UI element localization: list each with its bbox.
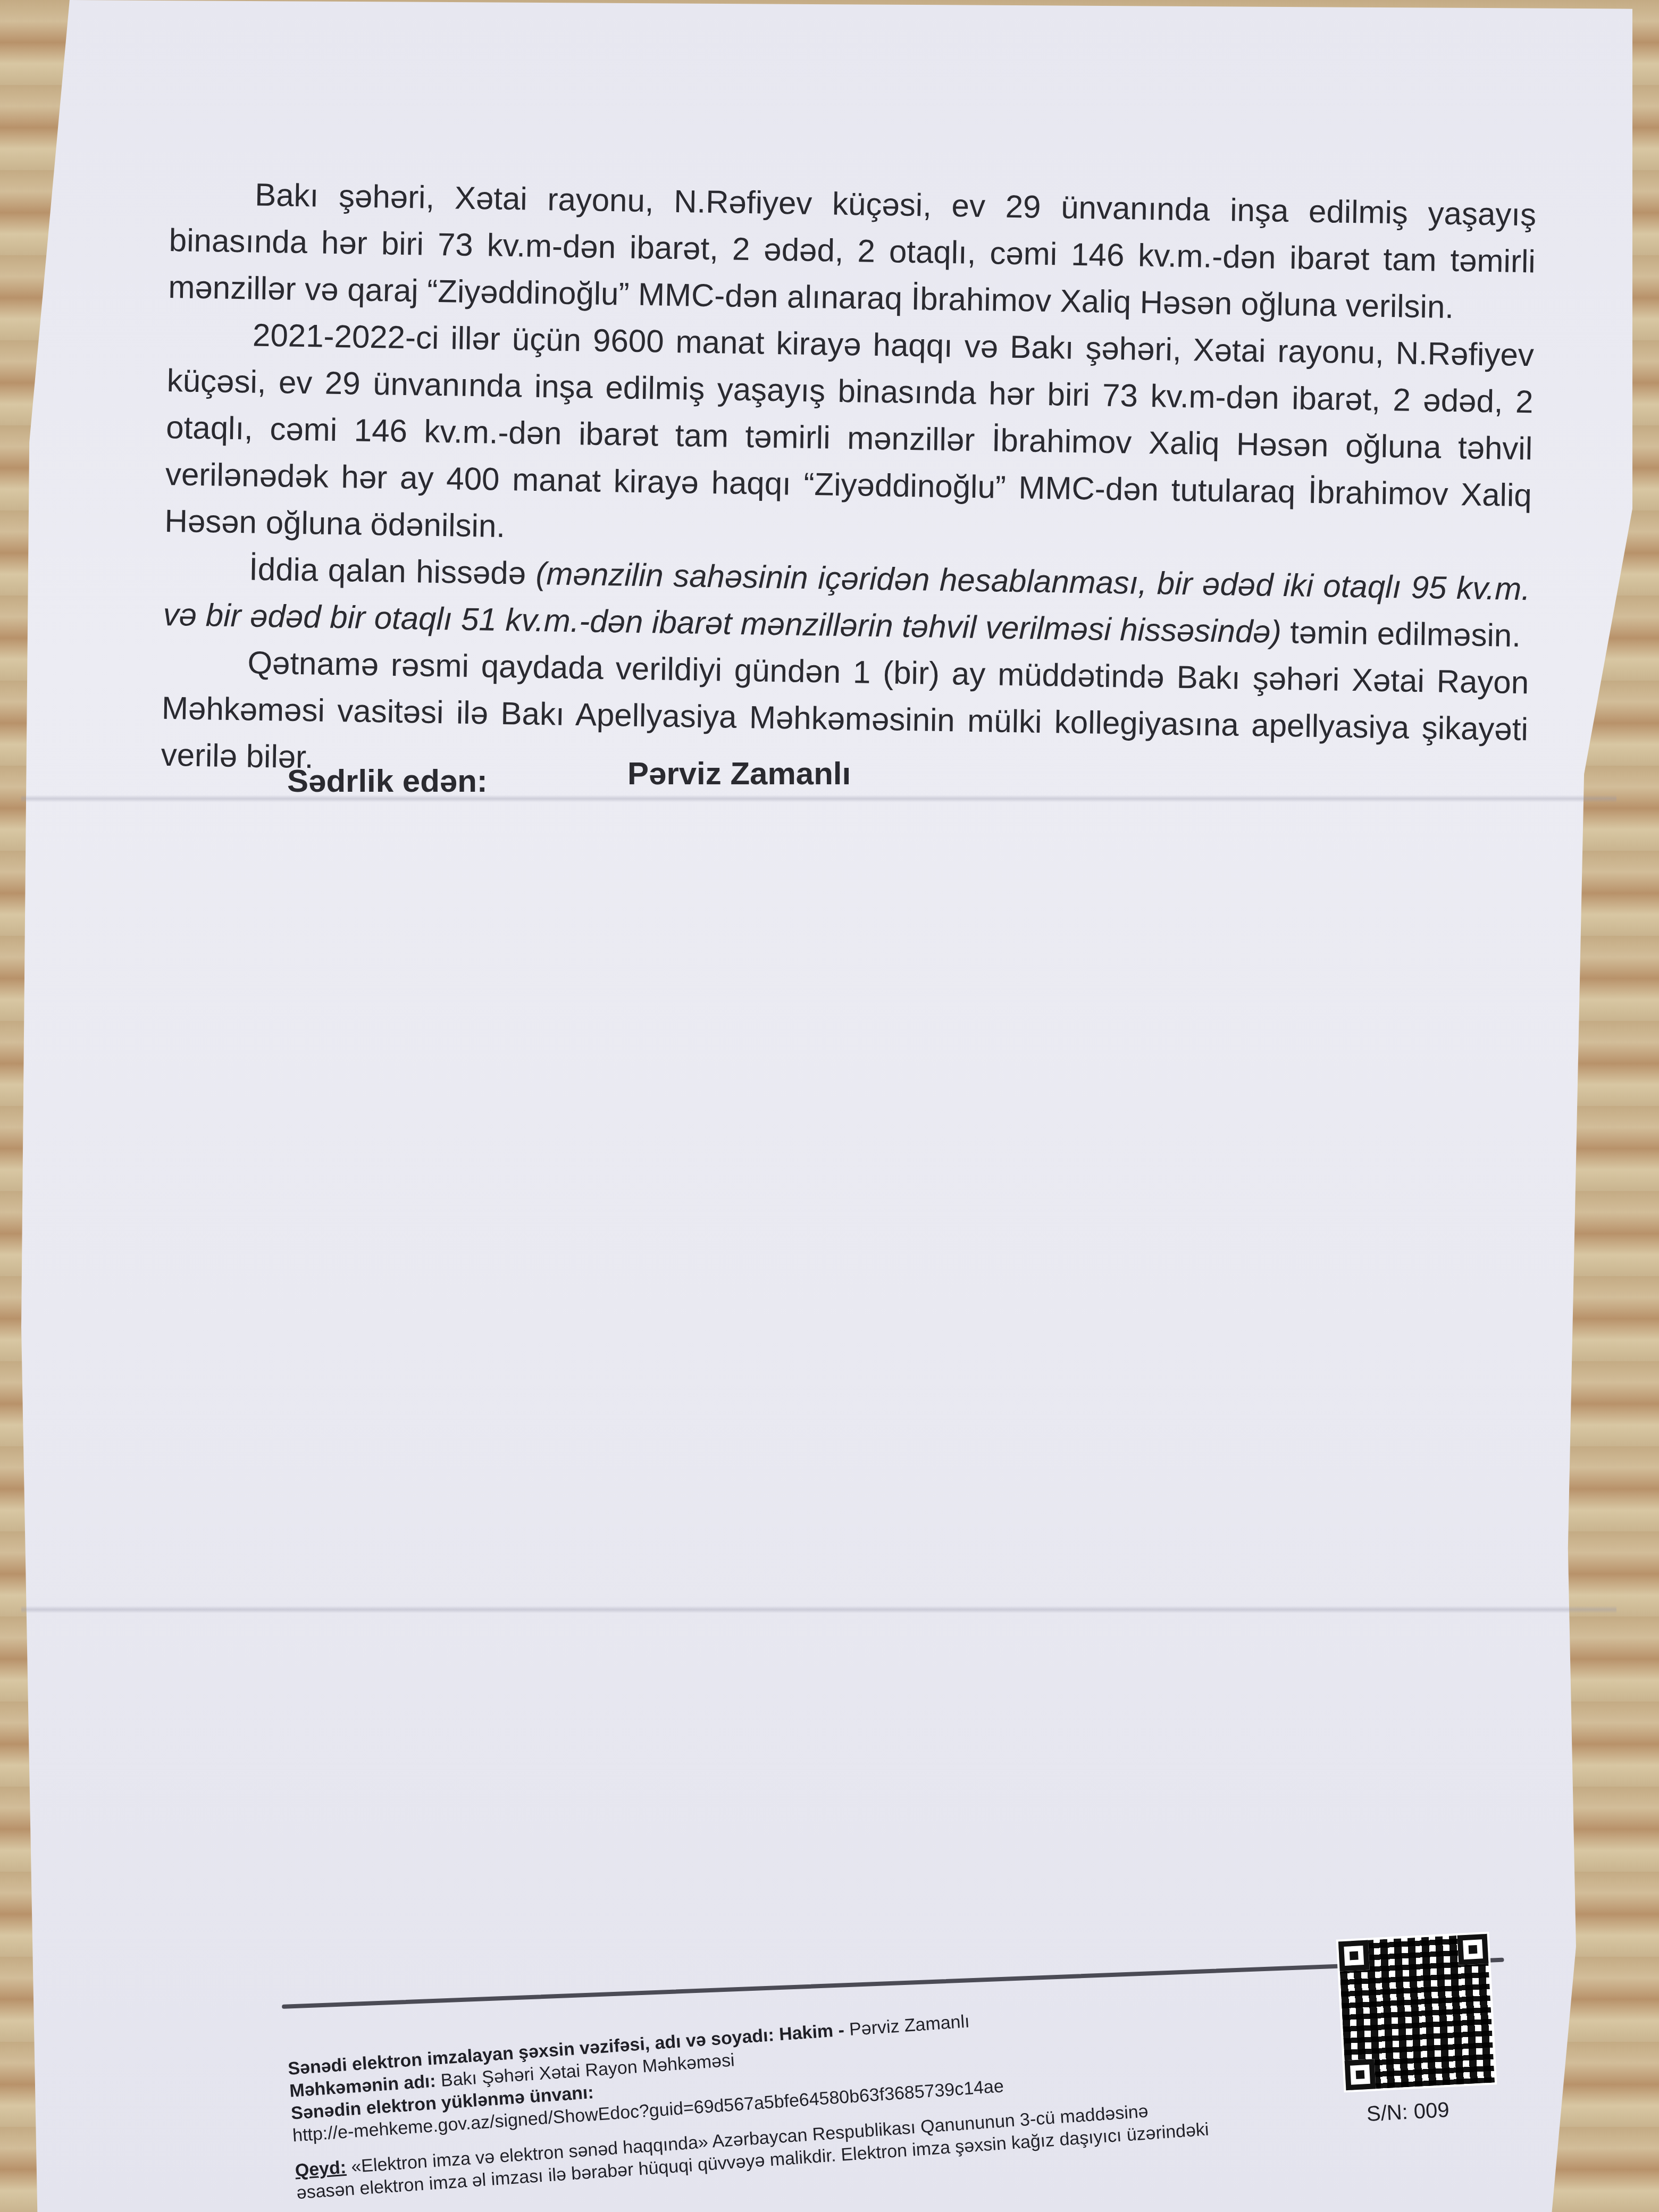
paragraph-transfer-apartments: Bakı şəhəri, Xətai rayonu, N.Rəfiyev küç…: [168, 170, 1537, 332]
qr-finder-icon: [1457, 1934, 1489, 1965]
paper-fold-crease: [21, 1606, 1616, 1613]
qr-finder-icon: [1338, 1940, 1370, 1972]
qr-code-icon: [1336, 1932, 1497, 2093]
verdict-body: Bakı şəhəri, Xətai rayonu, N.Rəfiyev küç…: [161, 170, 1537, 800]
serial-number: S/N: 009: [1366, 2098, 1450, 2126]
signature-name: Pərviz Zamanlı: [627, 755, 851, 792]
paragraph-rent-payment: 2021-2022-ci illər üçün 9600 manat kiray…: [164, 311, 1535, 566]
qr-finder-icon: [1345, 2059, 1376, 2090]
signature-role: Sədrlik edən:: [287, 763, 488, 799]
